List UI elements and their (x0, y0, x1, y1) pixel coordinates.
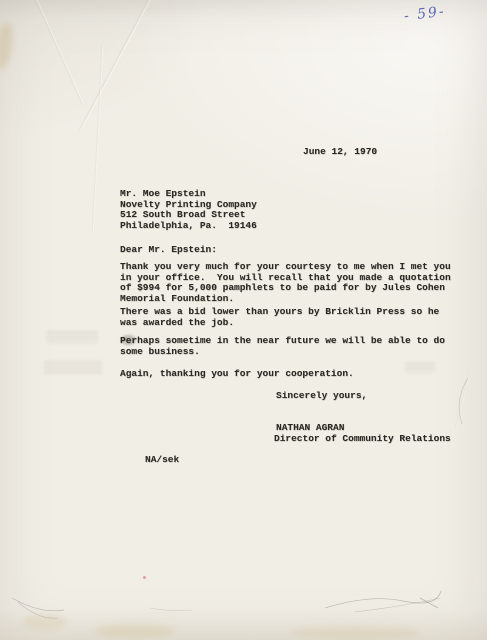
paper-stain (290, 627, 420, 639)
ink-smudge (46, 331, 98, 343)
typewritten-letter-scan: - 59- June 12, 1970 Mr. Moe Epstein Nove… (0, 0, 487, 640)
handwritten-page-number: - 59- (403, 4, 446, 25)
sender-name: NATHAN AGRAN (276, 423, 344, 434)
closing-sign-off: Sincerely yours, (276, 391, 367, 402)
typist-reference-initials: NA/sek (145, 455, 179, 466)
ink-smudge (405, 362, 435, 373)
recipient-address: Mr. Moe Epstein Novelty Printing Company… (120, 189, 257, 231)
body-paragraph-1: Thank you very much for your courtesy to… (120, 262, 451, 304)
paper-crease (91, 45, 104, 235)
body-paragraph-2: There was a bid lower than yours by Bric… (120, 307, 439, 328)
paper-crease (78, 0, 161, 131)
paper-crease (455, 369, 471, 428)
body-paragraph-3: Perhaps sometime in the near future we w… (120, 336, 445, 357)
pink-speck (143, 576, 146, 579)
sender-title: Director of Community Relations (274, 434, 451, 445)
salutation: Dear Mr. Epstein: (120, 245, 217, 256)
paper-stain (95, 624, 175, 638)
ink-smudge (44, 361, 102, 375)
paper-stain (0, 21, 15, 71)
paper-stain (22, 614, 66, 630)
paper-crease (29, 0, 85, 105)
body-paragraph-4: Again, thanking you for your cooperation… (120, 369, 354, 380)
letter-date: June 12, 1970 (303, 147, 377, 158)
